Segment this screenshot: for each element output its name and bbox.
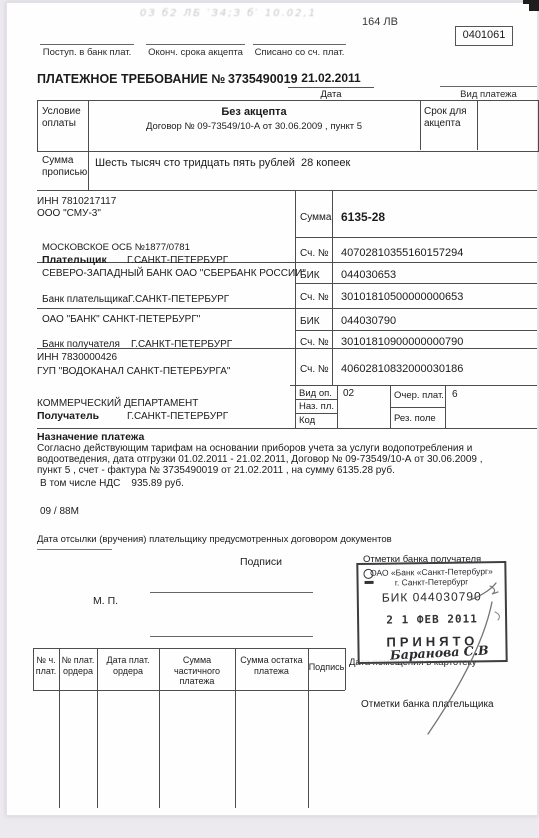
pen-strokes — [0, 0, 539, 838]
